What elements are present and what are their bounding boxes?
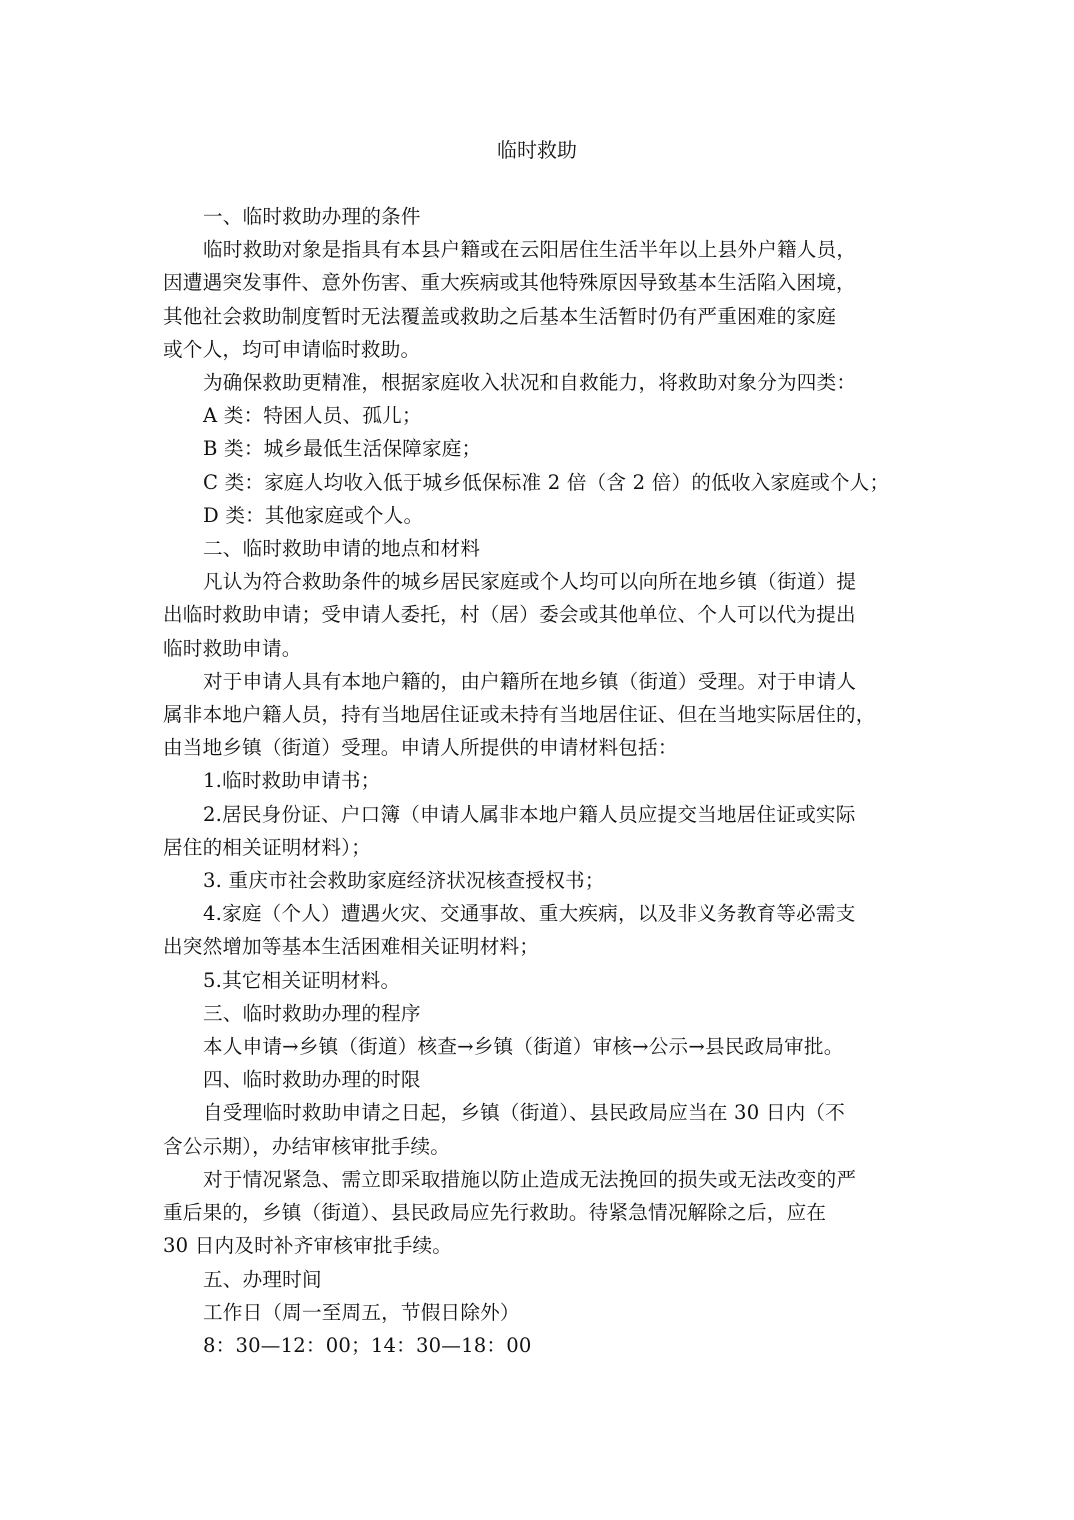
text-line: 对于情况紧急、需立即采取措施以防止造成无法挽回的损失或无法改变的严 xyxy=(163,1163,915,1196)
paragraph: 对于情况紧急、需立即采取措施以防止造成无法挽回的损失或无法改变的严重后果的，乡镇… xyxy=(163,1163,915,1263)
paragraph: 对于申请人具有本地户籍的，由户籍所在地乡镇（街道）受理。对于申请人属非本地户籍人… xyxy=(163,665,915,765)
paragraph: D 类：其他家庭或个人。 xyxy=(163,499,915,532)
paragraph: A 类：特困人员、孤儿； xyxy=(163,399,915,432)
text-line: 属非本地户籍人员，持有当地居住证或未持有当地居住证、但在当地实际居住的， xyxy=(163,698,915,731)
section-heading: 三、临时救助办理的程序 xyxy=(163,997,915,1030)
text-line: 本人申请→乡镇（街道）核查→乡镇（街道）审核→公示→县民政局审批。 xyxy=(163,1030,915,1063)
paragraph: 本人申请→乡镇（街道）核查→乡镇（街道）审核→公示→县民政局审批。 xyxy=(163,1030,915,1063)
text-line: 凡认为符合救助条件的城乡居民家庭或个人均可以向所在地乡镇（街道）提 xyxy=(163,565,915,598)
paragraph: 5.其它相关证明材料。 xyxy=(163,964,915,997)
document-page: 临时救助 一、临时救助办理的条件临时救助对象是指具有本县户籍或在云阳居住生活半年… xyxy=(0,0,1074,1520)
text-line: 为确保救助更精准，根据家庭收入状况和自救能力，将救助对象分为四类： xyxy=(163,366,915,399)
text-line: 工作日（周一至周五，节假日除外） xyxy=(163,1296,915,1329)
paragraph: C 类：家庭人均收入低于城乡低保标准 2 倍（含 2 倍）的低收入家庭或个人； xyxy=(163,466,915,499)
document-title: 临时救助 xyxy=(0,136,1074,164)
paragraph: 自受理临时救助申请之日起，乡镇（街道）、县民政局应当在 30 日内（不含公示期）… xyxy=(163,1096,915,1162)
paragraph: 为确保救助更精准，根据家庭收入状况和自救能力，将救助对象分为四类： xyxy=(163,366,915,399)
text-line: 临时救助申请。 xyxy=(163,632,915,665)
text-line: 2.居民身份证、户口簿（申请人属非本地户籍人员应提交当地居住证或实际 xyxy=(163,798,915,831)
text-line: 1.临时救助申请书； xyxy=(163,764,915,797)
text-line: 5.其它相关证明材料。 xyxy=(163,964,915,997)
paragraph: B 类：城乡最低生活保障家庭； xyxy=(163,432,915,465)
text-line: 4.家庭（个人）遭遇火灾、交通事故、重大疾病，以及非义务教育等必需支 xyxy=(163,897,915,930)
section-heading: 四、临时救助办理的时限 xyxy=(163,1063,915,1096)
text-line: 30 日内及时补齐审核审批手续。 xyxy=(163,1229,915,1262)
section-heading: 五、办理时间 xyxy=(163,1263,915,1296)
section-heading: 二、临时救助申请的地点和材料 xyxy=(163,532,915,565)
text-line: C 类：家庭人均收入低于城乡低保标准 2 倍（含 2 倍）的低收入家庭或个人； xyxy=(163,466,915,499)
text-line: B 类：城乡最低生活保障家庭； xyxy=(163,432,915,465)
paragraph: 4.家庭（个人）遭遇火灾、交通事故、重大疾病，以及非义务教育等必需支出突然增加等… xyxy=(163,897,915,963)
text-line: 因遭遇突发事件、意外伤害、重大疾病或其他特殊原因导致基本生活陷入困境， xyxy=(163,266,915,299)
text-line: 重后果的，乡镇（街道）、县民政局应先行救助。待紧急情况解除之后，应在 xyxy=(163,1196,915,1229)
text-line: 出突然增加等基本生活困难相关证明材料； xyxy=(163,930,915,963)
paragraph: 2.居民身份证、户口簿（申请人属非本地户籍人员应提交当地居住证或实际居住的相关证… xyxy=(163,798,915,864)
text-line: 对于申请人具有本地户籍的，由户籍所在地乡镇（街道）受理。对于申请人 xyxy=(163,665,915,698)
text-line: 居住的相关证明材料）； xyxy=(163,831,915,864)
text-line: 3. 重庆市社会救助家庭经济状况核查授权书； xyxy=(163,864,915,897)
paragraph: 临时救助对象是指具有本县户籍或在云阳居住生活半年以上县外户籍人员，因遭遇突发事件… xyxy=(163,233,915,366)
paragraph: 1.临时救助申请书； xyxy=(163,764,915,797)
paragraph: 3. 重庆市社会救助家庭经济状况核查授权书； xyxy=(163,864,915,897)
paragraph: 工作日（周一至周五，节假日除外） xyxy=(163,1296,915,1329)
text-line: 或个人，均可申请临时救助。 xyxy=(163,333,915,366)
text-line: D 类：其他家庭或个人。 xyxy=(163,499,915,532)
text-line: A 类：特困人员、孤儿； xyxy=(163,399,915,432)
section-heading: 一、临时救助办理的条件 xyxy=(163,200,915,233)
text-line: 含公示期），办结审核审批手续。 xyxy=(163,1130,915,1163)
document-body: 一、临时救助办理的条件临时救助对象是指具有本县户籍或在云阳居住生活半年以上县外户… xyxy=(163,200,915,1362)
text-line: 其他社会救助制度暂时无法覆盖或救助之后基本生活暂时仍有严重困难的家庭 xyxy=(163,300,915,333)
text-line: 自受理临时救助申请之日起，乡镇（街道）、县民政局应当在 30 日内（不 xyxy=(163,1096,915,1129)
text-line: 由当地乡镇（街道）受理。申请人所提供的申请材料包括： xyxy=(163,731,915,764)
paragraph: 凡认为符合救助条件的城乡居民家庭或个人均可以向所在地乡镇（街道）提出临时救助申请… xyxy=(163,565,915,665)
text-line: 临时救助对象是指具有本县户籍或在云阳居住生活半年以上县外户籍人员， xyxy=(163,233,915,266)
paragraph: 8：30—12：00；14：30—18：00 xyxy=(163,1329,915,1362)
text-line: 8：30—12：00；14：30—18：00 xyxy=(163,1329,915,1362)
text-line: 出临时救助申请；受申请人委托，村（居）委会或其他单位、个人可以代为提出 xyxy=(163,598,915,631)
